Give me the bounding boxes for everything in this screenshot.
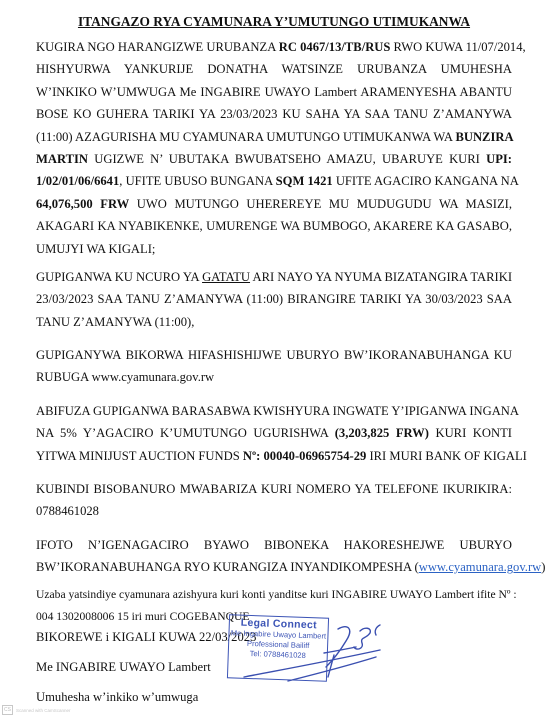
text-run: Uzaba yatsindiye cyamunara azishyura kur…	[36, 588, 517, 601]
text-run: YITWA MINIJUST AUCTION FUNDS	[36, 449, 243, 463]
text-line: 64,076,500 FRW UWO MUTUNGO UHEREREYE MU …	[36, 193, 512, 215]
paragraph-bidding-period: GUPIGANWA KU NCURO YA GATATU ARI NAYO YA…	[36, 266, 512, 333]
scanner-watermark: CS Scanned with CamScanner	[2, 705, 71, 715]
text-run: NA 5% Y’AGACIRO K’UMUTUNGO UGURISHWA	[36, 426, 335, 440]
text-run: TANU Z’AMANYWA (11:00),	[36, 315, 194, 329]
bold-text: SQM 1421	[276, 174, 333, 188]
text-run: UGIZWE N’ UBUTAKA BWUBATSEHO AMAZU, UBAR…	[88, 152, 486, 166]
text-line: BW’IKORANABUHANGA RYO KURANGIZA INYANDIK…	[36, 556, 512, 578]
text-line: KUBINDI BISOBANURO MWABARIZA KURI NOMERO…	[36, 478, 512, 500]
text-line: GUPIGANYWA BIKORWA HIFASHISHIJWE UBURYO …	[36, 344, 512, 366]
text-line: NA 5% Y’AGACIRO K’UMUTUNGO UGURISHWA (3,…	[36, 422, 512, 444]
text-line: BOSE KO GUHERA TARIKI YA 23/03/2023 KU S…	[36, 103, 512, 125]
stamp-phone: Tel: 0788461028	[229, 648, 327, 661]
scanner-text: Scanned with CamScanner	[16, 708, 71, 713]
text-line: TANU Z’AMANYWA (11:00),	[36, 311, 512, 333]
text-run: UMUJYI WA KIGALI;	[36, 242, 155, 256]
text-line: ABIFUZA GUPIGANWA BARASABWA KWISHYURA IN…	[36, 400, 512, 422]
text-line: HISHYURWA YANKURIJE DONATHA WATSINZE URU…	[36, 58, 512, 80]
paragraph-contact: KUBINDI BISOBANURO MWABARIZA KURI NOMERO…	[36, 478, 512, 523]
underlined-text: GATATU	[202, 270, 250, 284]
text-run: KURI KONTI	[429, 426, 512, 440]
text-run: KUGIRA NGO HARANGIZWE URUBANZA	[36, 40, 279, 54]
bold-text: 1/02/01/06/6641	[36, 174, 119, 188]
text-line: UMUJYI WA KIGALI;	[36, 238, 512, 260]
paragraph-auction-notice: KUGIRA NGO HARANGIZWE URUBANZA RC 0467/1…	[36, 36, 512, 260]
text-run: RUBUGA www.cyamunara.gov.rw	[36, 370, 214, 384]
bold-text: BUNZIRA	[455, 130, 513, 144]
text-run: BOSE KO GUHERA TARIKI YA 23/03/2023 KU S…	[36, 107, 512, 121]
text-run: (11:00) AZAGURISHA MU CYAMUNARA UMUTUNGO…	[36, 130, 455, 144]
text-run: , UFITE UBUSO BUNGANA	[119, 174, 275, 188]
text-run: ARI NAYO YA NYUMA BIZATANGIRA TARIKI	[250, 270, 512, 284]
text-run: RWO KUWA 11/07/2014,	[390, 40, 525, 54]
text-line: 1/02/01/06/6641, UFITE UBUSO BUNGANA SQM…	[36, 170, 512, 192]
text-line: AKAGARI KA NYABIKENKE, UMURENGE WA BUMBO…	[36, 215, 512, 237]
text-run: IFOTO N’IGENAGACIRO BYAWO BIBONEKA HAKOR…	[36, 538, 512, 552]
text-run: 004 1302008006 15 iri muri COGEBANQUE	[36, 610, 250, 623]
text-run: W’INKIKO W’UMWUGA Me INGABIRE UWAYO Lamb…	[36, 85, 512, 99]
bold-text: RC 0467/13/TB/RUS	[279, 40, 391, 54]
text-run: ABIFUZA GUPIGANWA BARASABWA KWISHYURA IN…	[36, 404, 519, 418]
text-run: GUPIGANWA KU NCURO YA	[36, 270, 202, 284]
text-run: UWO MUTUNGO UHEREREYE MU MUDUGUDU WA MAS…	[129, 197, 512, 211]
bold-text: UPI:	[486, 152, 512, 166]
paragraph-online-bidding: GUPIGANYWA BIKORWA HIFASHISHIJWE UBURYO …	[36, 344, 512, 389]
paragraph-photos: IFOTO N’IGENAGACIRO BYAWO BIBONEKA HAKOR…	[36, 534, 512, 579]
text-line: IFOTO N’IGENAGACIRO BYAWO BIBONEKA HAKOR…	[36, 534, 512, 556]
signatory-role: Umuhesha w’inkiko w’umwuga	[36, 686, 512, 708]
text-run: UFITE AGACIRO KANGANA NA	[333, 174, 519, 188]
text-line: GUPIGANWA KU NCURO YA GATATU ARI NAYO YA…	[36, 266, 512, 288]
text-line: 23/03/2023 SAA TANU Z’AMANYWA (11:00) BI…	[36, 288, 512, 310]
text-run: HISHYURWA YANKURIJE DONATHA WATSINZE URU…	[36, 62, 512, 76]
bold-text: (3,203,825 FRW)	[335, 426, 429, 440]
text-run: IRI MURI BANK OF KIGALI	[366, 449, 527, 463]
text-run: 23/03/2023 SAA TANU Z’AMANYWA (11:00) BI…	[36, 292, 512, 306]
text-line: KUGIRA NGO HARANGIZWE URUBANZA RC 0467/1…	[36, 36, 512, 58]
paragraph-deposit: ABIFUZA GUPIGANWA BARASABWA KWISHYURA IN…	[36, 400, 512, 467]
text-line: RUBUGA www.cyamunara.gov.rw	[36, 366, 512, 388]
text-line: (11:00) AZAGURISHA MU CYAMUNARA UMUTUNGO…	[36, 126, 512, 148]
text-line: 0788461028	[36, 500, 512, 522]
document-title: ITANGAZO RYA CYAMUNARA Y’UMUTUNGO UTIMUK…	[36, 14, 512, 30]
text-run: 0788461028	[36, 504, 99, 518]
text-line: YITWA MINIJUST AUCTION FUNDS Nº: 00040-0…	[36, 445, 512, 467]
text-run: GUPIGANYWA BIKORWA HIFASHISHIJWE UBURYO …	[36, 348, 512, 362]
bold-text: MARTIN	[36, 152, 88, 166]
official-stamp: Legal Connect Me Ingabire Uwayo Lambert …	[227, 614, 329, 681]
text-line: Uzaba yatsindiye cyamunara azishyura kur…	[36, 584, 512, 606]
bold-text: 64,076,500 FRW	[36, 197, 129, 211]
camscanner-logo-icon: CS	[2, 705, 13, 715]
website-link[interactable]: www.cyamunara.gov.rw	[419, 560, 542, 574]
text-run: BW’IKORANABUHANGA RYO KURANGIZA INYANDIK…	[36, 560, 419, 574]
text-line: MARTIN UGIZWE N’ UBUTAKA BWUBATSEHO AMAZ…	[36, 148, 512, 170]
text-run: )	[541, 560, 545, 574]
bold-text: Nº: 00040-06965754-29	[243, 449, 366, 463]
text-run: KUBINDI BISOBANURO MWABARIZA KURI NOMERO…	[36, 482, 512, 496]
text-run: AKAGARI KA NYABIKENKE, UMURENGE WA BUMBO…	[36, 219, 512, 233]
text-line: W’INKIKO W’UMWUGA Me INGABIRE UWAYO Lamb…	[36, 81, 512, 103]
